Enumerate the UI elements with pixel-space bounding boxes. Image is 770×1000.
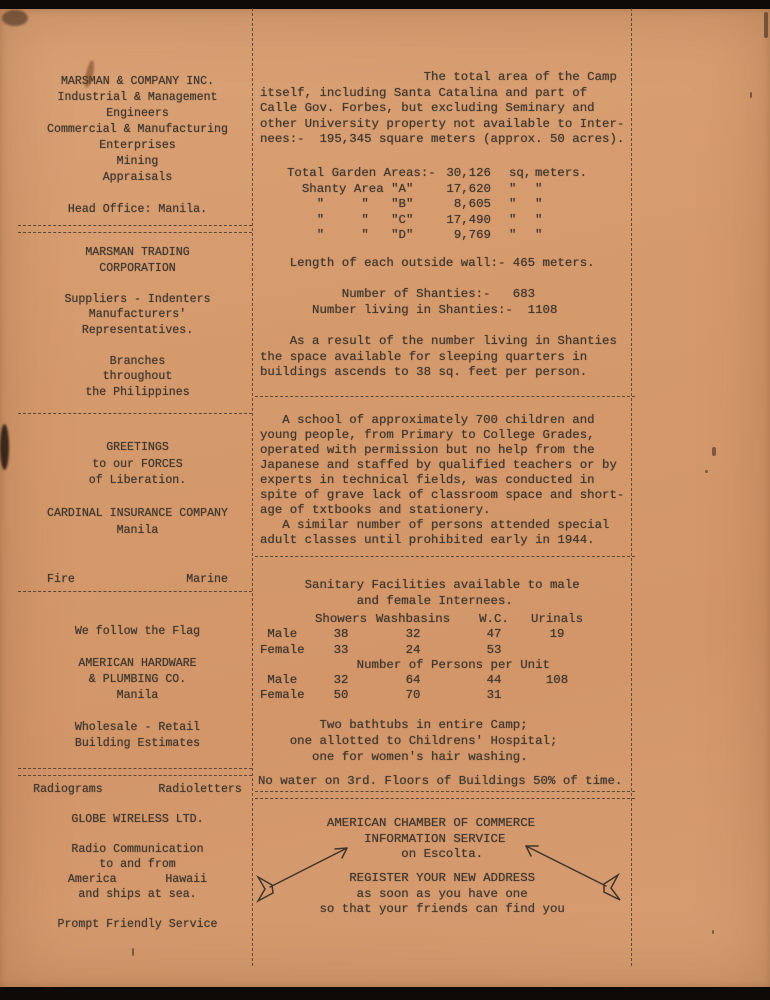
sanitary-cell: 50: [315, 688, 367, 703]
sanitary-row: Male326444108: [260, 673, 585, 688]
sanitary-cell: [529, 643, 585, 658]
sanitary-header-washbasins: Washbasins: [367, 612, 459, 627]
garden-table-row: " " "B"8,605"": [287, 197, 587, 213]
arrow-sketch-right-icon: [526, 846, 620, 900]
sanitary-cell: 19: [529, 627, 585, 642]
ad-globe-wireless: Radiograms Radioletters GLOBE WIRELESS L…: [22, 782, 253, 932]
paper-speck: [712, 447, 716, 456]
school-paragraph: A school of approximately 700 children a…: [260, 413, 624, 548]
sanitary-table: ShowersWashbasinsW.C.Urinals Male3832471…: [260, 612, 585, 704]
ad-marsman-trading: MARSMAN TRADING CORPORATION Suppliers - …: [22, 245, 253, 400]
arrow-sketches: [256, 813, 636, 913]
paper-speck: [712, 930, 714, 934]
sanitary-title: Sanitary Facilities available to male an…: [260, 578, 580, 609]
garden-row-value: 30,126: [445, 166, 491, 182]
bathtub-lines: Two bathtubs in entire Camp; one allotte…: [260, 717, 557, 765]
garden-row-unit: ": [535, 182, 542, 198]
sanitary-row-label: Male: [260, 627, 315, 642]
garden-row-unit: sq,: [509, 166, 535, 182]
left-separator-4: [18, 768, 252, 776]
sanitary-row: Male38324719: [260, 627, 585, 642]
sanitary-cell: 32: [367, 627, 459, 642]
shanty-count-lines: Number of Shanties:- 683 Number living i…: [260, 287, 557, 318]
shanty-space-paragraph: As a result of the number living in Shan…: [260, 334, 617, 381]
garden-row-value: 8,605: [445, 197, 491, 213]
garden-areas-table: Total Garden Areas:-30,126sq,meters. Sha…: [287, 166, 587, 244]
sanitary-cell: 33: [315, 643, 367, 658]
sanitary-cell: 70: [367, 688, 459, 703]
ad-american-hardware: We follow the Flag AMERICAN HARDWARE & P…: [22, 624, 253, 752]
left-separator-1: [18, 225, 252, 233]
garden-row-value: 9,769: [445, 228, 491, 244]
paper-speck: [132, 948, 134, 956]
garden-row-unit: ": [509, 182, 535, 198]
garden-table-row: Shanty Area "A"17,620"": [287, 182, 587, 198]
left-separator-2: [18, 413, 252, 414]
sanitary-cell: 47: [459, 627, 529, 642]
paper-speck: [705, 470, 708, 473]
garden-row-unit: ": [509, 197, 535, 213]
scan-smudge: [2, 10, 28, 26]
garden-row-unit: ": [535, 197, 542, 213]
garden-row-unit: ": [509, 213, 535, 229]
garden-row-label: Shanty Area "A": [287, 182, 445, 198]
sanitary-cell: 38: [315, 627, 367, 642]
scan-edge-bottom: [0, 987, 770, 1000]
sanitary-cell: 31: [459, 688, 529, 703]
wall-length-line: Length of each outside wall:- 465 meters…: [260, 256, 595, 272]
sanitary-header-showers: Showers: [315, 612, 367, 627]
main-separator-3: [255, 791, 635, 799]
garden-table-row: Total Garden Areas:-30,126sq,meters.: [287, 166, 587, 182]
sanitary-row-label: Male: [260, 673, 315, 688]
sanitary-row-label: Female: [260, 688, 315, 703]
paper-speck: [750, 92, 752, 98]
sanitary-header-wc: W.C.: [459, 612, 529, 627]
sanitary-row-label: Female: [260, 643, 315, 658]
sanitary-header-spacer: [260, 612, 315, 627]
garden-row-label: Total Garden Areas:-: [287, 166, 445, 182]
sanitary-cell: [529, 688, 585, 703]
garden-table-row: " " "C"17,490"": [287, 213, 587, 229]
garden-row-unit: meters.: [535, 166, 587, 182]
scan-edge-top: [0, 0, 770, 9]
sanitary-cell: 64: [367, 673, 459, 688]
arrow-sketch-left-icon: [258, 848, 347, 901]
sanitary-row: Female507031: [260, 688, 585, 703]
sanitary-cell: 53: [459, 643, 529, 658]
garden-table-row: " " "D"9,769"": [287, 228, 587, 244]
sanitary-row: Female332453: [260, 643, 585, 658]
sanitary-cell: 108: [529, 673, 585, 688]
garden-row-unit: ": [535, 228, 542, 244]
garden-row-label: " " "C": [287, 213, 445, 229]
sanitary-header-urinals: Urinals: [529, 612, 585, 627]
paper-speck: [764, 12, 768, 38]
garden-row-unit: ": [509, 228, 535, 244]
sanitary-header-row: ShowersWashbasinsW.C.Urinals: [260, 612, 585, 627]
persons-per-unit-header: Number of Persons per Unit: [260, 658, 585, 673]
main-separator-1: [255, 396, 635, 397]
sanitary-cell: 24: [367, 643, 459, 658]
garden-row-label: " " "B": [287, 197, 445, 213]
water-shortage-line: No water on 3rd. Floors of Buildings 50%…: [258, 774, 622, 790]
main-separator-2: [255, 556, 635, 557]
sanitary-cell: 44: [459, 673, 529, 688]
ad-cardinal-insurance: GREETINGS to our FORCES of Liberation. C…: [22, 440, 253, 589]
garden-row-label: " " "D": [287, 228, 445, 244]
garden-row-unit: ": [535, 213, 542, 229]
garden-row-value: 17,620: [445, 182, 491, 198]
left-separator-3: [18, 591, 252, 592]
sanitary-cell: 32: [315, 673, 367, 688]
scan-notch: [0, 424, 9, 470]
ad-marsman-company: MARSMAN & COMPANY INC. Industrial & Mana…: [22, 74, 253, 218]
camp-area-paragraph: The total area of the Camp itself, inclu…: [260, 70, 624, 148]
page-scan: MARSMAN & COMPANY INC. Industrial & Mana…: [0, 0, 770, 1000]
garden-row-value: 17,490: [445, 213, 491, 229]
